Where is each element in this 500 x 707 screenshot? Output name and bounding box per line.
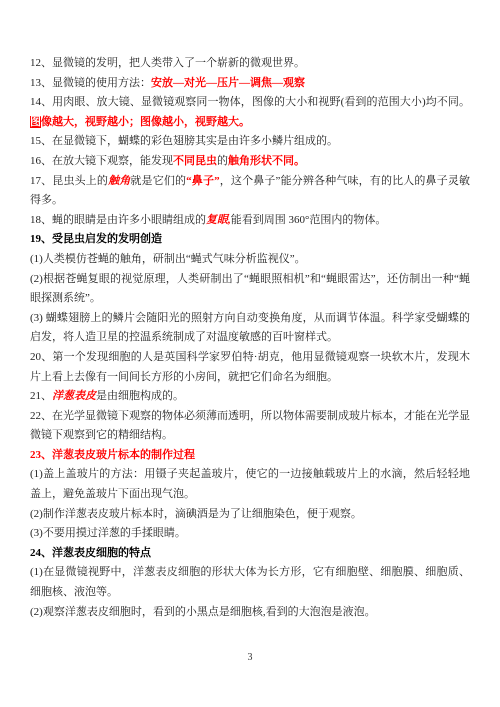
page-number: 3 xyxy=(0,652,500,663)
item-17: 17、昆虫头上的触角就是它们的“鼻子”，这个鼻子”能分辨各种气味，有的比人的鼻子… xyxy=(30,172,470,211)
item-14-highlighted-char: 图 xyxy=(30,116,41,128)
document-content: 12、显微镜的发明，把人类带入了一个崭新的微观世界。 13、显微镜的使用方法：安… xyxy=(30,54,470,622)
item-19-3-text: (3) 蝴蝶翅膀上的鳞片会随阳光的照射方向自动变换角度，从而调节体温。科学家受蝴… xyxy=(30,312,470,344)
document-page: 12、显微镜的发明，把人类带入了一个崭新的微观世界。 13、显微镜的使用方法：安… xyxy=(0,0,500,707)
item-13: 13、显微镜的使用方法：安放—对光—压片—调焦—观察 xyxy=(30,74,470,94)
item-17-emphasis-1: 触角 xyxy=(108,175,130,187)
item-23-2-text: (2)制作洋葱表皮玻片标本时，滴碘酒是为了让细胞染色，便于观察。 xyxy=(30,508,362,520)
item-17-emphasis-2: “鼻子” xyxy=(186,175,219,187)
item-19-1-text: (1)人类模仿苍蝇的触角，研制出“蝇式气味分析监视仪”。 xyxy=(30,253,306,265)
item-16-emphasis-1: 不同昆虫 xyxy=(173,155,217,167)
item-22-text: 22、在光学显微镜下观察的物体必须薄而透明，所以物体需要制成玻片标本，才能在光学… xyxy=(30,410,470,442)
item-13-steps: 安放—对光—压片—调焦—观察 xyxy=(151,77,305,89)
item-17-text-1: 17、昆虫头上的 xyxy=(30,175,108,187)
item-21-emphasis: 洋葱表皮 xyxy=(52,390,96,402)
item-19-1: (1)人类模仿苍蝇的触角，研制出“蝇式气味分析监视仪”。 xyxy=(30,250,470,270)
item-16-text-2: 的 xyxy=(217,155,228,167)
item-20: 20、第一个发现细胞的人是英国科学家罗伯特·胡克，他用显微镜观察一块软木片，发现… xyxy=(30,348,470,387)
item-13-label: 13、显微镜的使用方法： xyxy=(30,77,151,89)
item-12: 12、显微镜的发明，把人类带入了一个崭新的微观世界。 xyxy=(30,54,470,74)
item-19-2: (2)根据苍蝇复眼的视觉原理，人类研制出了“蝇眼照相机”和“蝇眼雷达”，还仿制出… xyxy=(30,270,470,309)
heading-24: 24、洋葱表皮细胞的特点 xyxy=(30,544,470,564)
item-14-rule: 像越大，视野越小；图像越小，视野越大。 xyxy=(41,116,250,128)
item-17-text-2: 就是它们的 xyxy=(130,175,186,187)
item-19-3: (3) 蝴蝶翅膀上的鳞片会随阳光的照射方向自动变换角度，从而调节体温。科学家受蝴… xyxy=(30,309,470,348)
item-16: 16、在放大镜下观察，能发现不同昆虫的触角形状不同。 xyxy=(30,152,470,172)
item-18-text-1: 18、蝇的眼睛是由许多小眼睛组成的 xyxy=(30,214,206,226)
item-20-text: 20、第一个发现细胞的人是英国科学家罗伯特·胡克，他用显微镜观察一块软木片，发现… xyxy=(30,351,470,383)
item-23-3: (3)不要用摸过洋葱的手揉眼睛。 xyxy=(30,524,470,544)
item-23-1: (1)盖上盖玻片的方法：用镊子夹起盖玻片，使它的一边接触载玻片上的水滴，然后轻轻… xyxy=(30,465,470,504)
item-24-2: (2)观察洋葱表皮细胞时，看到的小黑点是细胞核,看到的大泡泡是液泡。 xyxy=(30,603,470,623)
heading-19-text: 19、受昆虫启发的发明创造 xyxy=(30,233,162,245)
item-23-2: (2)制作洋葱表皮玻片标本时，滴碘酒是为了让细胞染色，便于观察。 xyxy=(30,505,470,525)
item-16-emphasis-2: 触角形状不同。 xyxy=(228,155,305,167)
item-14-text: 14、用肉眼、放大镜、显微镜观察同一物体，图像的大小和视野(看到的范围大小)均不… xyxy=(30,96,470,108)
item-24-1-text: (1)在显微镜视野中，洋葱表皮细胞的形状大体为长方形，它有细胞壁、细胞膜、细胞质… xyxy=(30,566,470,598)
item-15-text: 15、在显微镜下，蝴蝶的彩色翅膀其实是由许多小鳞片组成的。 xyxy=(30,135,338,147)
item-21-number: 21、 xyxy=(30,390,52,402)
item-21: 21、洋葱表皮是由细胞构成的。 xyxy=(30,387,470,407)
item-18-text-2: 能看到周围 360°范围内的物体。 xyxy=(231,214,387,226)
item-23-1-text: (1)盖上盖玻片的方法：用镊子夹起盖玻片，使它的一边接触载玻片上的水滴，然后轻轻… xyxy=(30,468,470,500)
heading-24-text: 24、洋葱表皮细胞的特点 xyxy=(30,547,151,559)
item-21-text: 是由细胞构成的。 xyxy=(96,390,184,402)
item-18-emphasis: 复眼, xyxy=(206,214,231,226)
item-18: 18、蝇的眼睛是由许多小眼睛组成的复眼,能看到周围 360°范围内的物体。 xyxy=(30,211,470,231)
item-15: 15、在显微镜下，蝴蝶的彩色翅膀其实是由许多小鳞片组成的。 xyxy=(30,132,470,152)
item-24-1: (1)在显微镜视野中，洋葱表皮细胞的形状大体为长方形，它有细胞壁、细胞膜、细胞质… xyxy=(30,563,470,602)
item-23-3-text: (3)不要用摸过洋葱的手揉眼睛。 xyxy=(30,527,186,539)
heading-23-text: 23、洋葱表皮玻片标本的制作过程 xyxy=(30,449,195,461)
item-19-2-text: (2)根据苍蝇复眼的视觉原理，人类研制出了“蝇眼照相机”和“蝇眼雷达”，还仿制出… xyxy=(30,273,470,305)
item-22: 22、在光学显微镜下观察的物体必须薄而透明，所以物体需要制成玻片标本，才能在光学… xyxy=(30,407,470,446)
heading-19: 19、受昆虫启发的发明创造 xyxy=(30,230,470,250)
item-12-text: 12、显微镜的发明，把人类带入了一个崭新的微观世界。 xyxy=(30,57,305,69)
item-14: 14、用肉眼、放大镜、显微镜观察同一物体，图像的大小和视野(看到的范围大小)均不… xyxy=(30,93,470,132)
item-16-text-1: 16、在放大镜下观察，能发现 xyxy=(30,155,173,167)
heading-23: 23、洋葱表皮玻片标本的制作过程 xyxy=(30,446,470,466)
item-24-2-text: (2)观察洋葱表皮细胞时，看到的小黑点是细胞核,看到的大泡泡是液泡。 xyxy=(30,606,376,618)
